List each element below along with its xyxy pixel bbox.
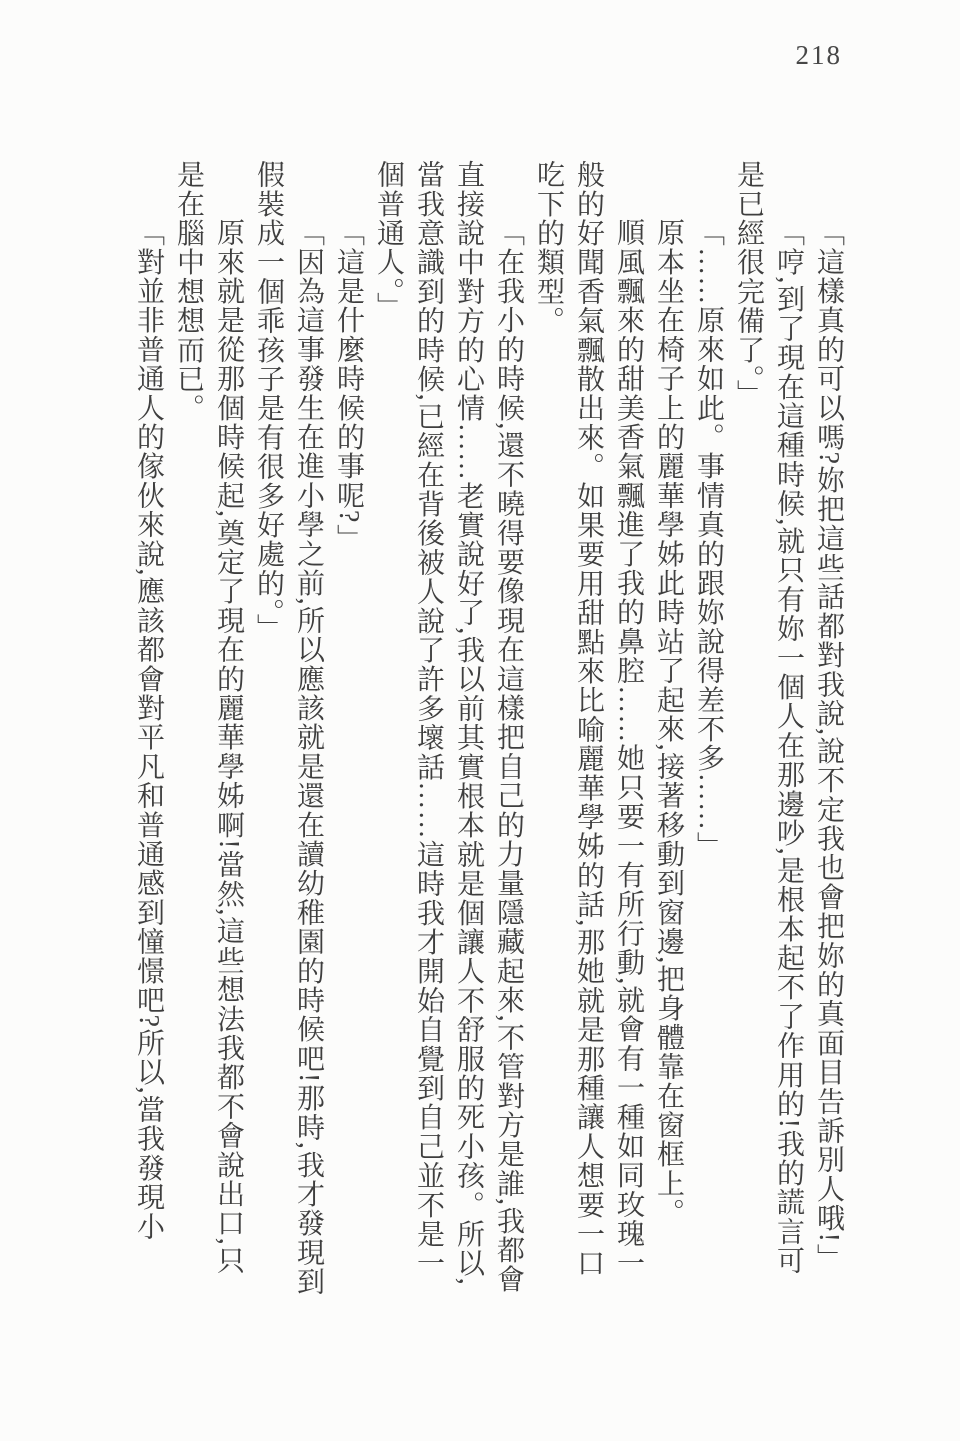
- paragraph: 「這樣真的可以嗎?妳把這些話都對我說,說不定我也會把妳的真面目告訴別人哦!」: [808, 160, 848, 1300]
- paragraph: 「……原來如此。事情真的跟妳說得差不多……」: [688, 160, 728, 1300]
- paragraph: 「這是什麼時候的事呢?」: [328, 160, 368, 1300]
- paragraph: 原本坐在椅子上的麗華學姊此時站了起來,接著移動到窗邊,把身體靠在窗框上。: [648, 160, 688, 1300]
- paragraph: 順風飄來的甜美香氣飄進了我的鼻腔……她只要一有所行動,就會有一種如同玫瑰一般的好…: [528, 160, 648, 1300]
- paragraph: 原來就是從那個時候起,奠定了現在的麗華學姊啊!當然,這些想法我都不會說出口,只是…: [168, 160, 248, 1300]
- paragraph: 「因為這事發生在進小學之前,所以應該就是還在讀幼稚園的時候吧!那時,我才發現到假…: [248, 160, 328, 1300]
- novel-text-block: 「這樣真的可以嗎?妳把這些話都對我說,說不定我也會把妳的真面目告訴別人哦!」 「…: [128, 160, 848, 1300]
- paragraph: 「在我小的時候,還不曉得要像現在這樣把自己的力量隱藏起來,不管對方是誰,我都會直…: [368, 160, 528, 1300]
- paragraph: 「對並非普通人的傢伙來說,應該都會對平凡和普通感到憧憬吧?所以,當我發現小: [128, 160, 168, 1300]
- page-number: 218: [796, 40, 843, 71]
- book-page: 218 「這樣真的可以嗎?妳把這些話都對我說,說不定我也會把妳的真面目告訴別人哦…: [0, 0, 960, 1441]
- paragraph: 「哼,到了現在這種時候,就只有妳一個人在那邊吵,是根本起不了作用的!我的謊言可是…: [728, 160, 808, 1300]
